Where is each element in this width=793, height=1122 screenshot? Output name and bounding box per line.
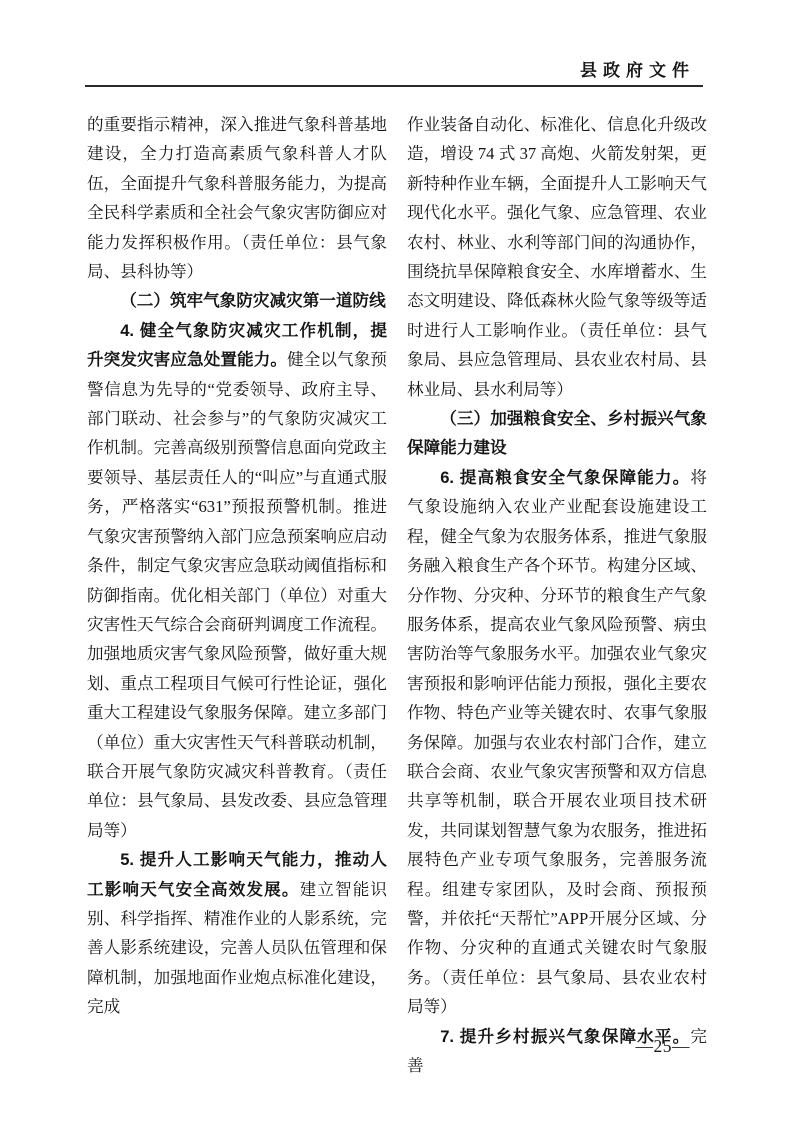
text-run: 的重要指示精神，深入推进气象科普基地建设，全力打造高素质气象科普人才队伍，全面提… bbox=[87, 115, 387, 281]
document-columns: 的重要指示精神，深入推进气象科普基地建设，全力打造高素质气象科普人才队伍，全面提… bbox=[87, 110, 707, 1080]
text-run: 健全以气象预警信息为先导的“党委领导、政府主导、部门联动、社会参与”的气象防灾减… bbox=[87, 350, 387, 840]
emphasis-run: （三）加强粮食安全、乡村振兴气象保障能力建设 bbox=[407, 409, 707, 457]
paragraph: 4. 健全气象防灾减灾工作机制，提升突发灾害应急处置能力。健全以气象预警信息为先… bbox=[87, 316, 387, 845]
text-run: 建立智能识别、科学指挥、精准作业的人影系统，完善人影系统建设，完善人员队伍管理和… bbox=[87, 880, 387, 1017]
page-header: 县政府文件 bbox=[85, 60, 703, 87]
header-rule bbox=[85, 85, 703, 87]
emphasis-run: （二）筑牢气象防灾减灾第一道防线 bbox=[120, 291, 386, 310]
paragraph: 作业装备自动化、标准化、信息化升级改造，增设 74 式 37 高炮、火箭发射架，… bbox=[407, 110, 707, 404]
emphasis-run: 6. 提高粮食安全气象保障能力。 bbox=[440, 468, 690, 487]
column-right: 作业装备自动化、标准化、信息化升级改造，增设 74 式 37 高炮、火箭发射架，… bbox=[407, 110, 707, 1080]
page-number: —25— bbox=[636, 1034, 691, 1058]
paragraph: （三）加强粮食安全、乡村振兴气象保障能力建设 bbox=[407, 404, 707, 463]
text-run: 作业装备自动化、标准化、信息化升级改造，增设 74 式 37 高炮、火箭发射架，… bbox=[407, 115, 707, 399]
column-left: 的重要指示精神，深入推进气象科普基地建设，全力打造高素质气象科普人才队伍，全面提… bbox=[87, 110, 387, 1080]
text-run: 将气象设施纳入农业产业配套设施建设工程，健全气象为农服务体系，推进气象服务融入粮… bbox=[407, 468, 707, 1016]
paragraph: 5. 提升人工影响天气能力，推动人工影响天气安全高效发展。建立智能识别、科学指挥… bbox=[87, 845, 387, 1021]
header-title: 县政府文件 bbox=[85, 60, 703, 82]
document-page: 县政府文件 的重要指示精神，深入推进气象科普基地建设，全力打造高素质气象科普人才… bbox=[0, 0, 793, 1122]
paragraph: 6. 提高粮食安全气象保障能力。将气象设施纳入农业产业配套设施建设工程，健全气象… bbox=[407, 463, 707, 1022]
paragraph: 的重要指示精神，深入推进气象科普基地建设，全力打造高素质气象科普人才队伍，全面提… bbox=[87, 110, 387, 286]
paragraph: （二）筑牢气象防灾减灾第一道防线 bbox=[87, 286, 387, 315]
